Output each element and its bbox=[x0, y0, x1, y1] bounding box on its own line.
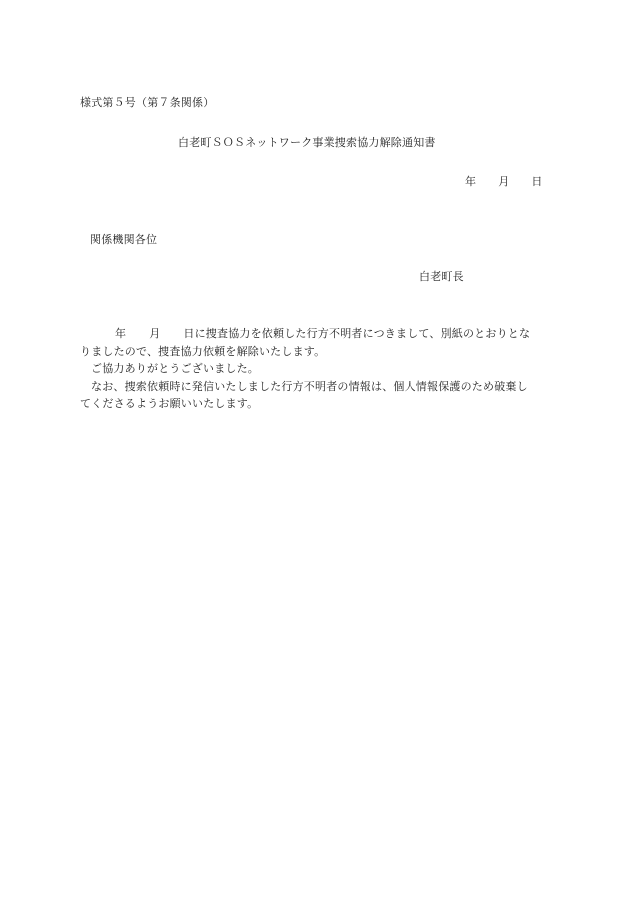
form-number: 様式第５号（第７条関係） bbox=[80, 96, 214, 110]
sender: 白老町長 bbox=[419, 270, 464, 284]
body-paragraph-3-line-2: てくださるようお願いいたします。 bbox=[80, 395, 550, 413]
year-label: 年 bbox=[465, 175, 476, 189]
body-paragraph-1-line-1: 年月日に捜査協力を依頼した行方不明者につきまして、別紙のとおりとな bbox=[80, 325, 550, 343]
body-paragraph-2: ご協力ありがとうございました。 bbox=[80, 360, 550, 378]
document-title: 白老町ＳＯＳネットワーク事業捜索協力解除通知書 bbox=[178, 136, 436, 150]
addressee: 関係機関各位 bbox=[90, 233, 157, 247]
day-label: 日 bbox=[531, 175, 542, 189]
body-paragraph-3-line-1: なお、捜索依頼時に発信いたしました行方不明者の情報は、個人情報保護のため破棄し bbox=[80, 378, 550, 396]
body-month-label: 月 bbox=[149, 327, 160, 340]
body-paragraph-1-line-2: りましたので、捜査協力依頼を解除いたします。 bbox=[80, 343, 550, 361]
issue-date: 年月日 bbox=[465, 175, 543, 189]
body-day-label: 日 bbox=[183, 327, 194, 340]
document-page: 様式第５号（第７条関係） 白老町ＳＯＳネットワーク事業捜索協力解除通知書 年月日… bbox=[0, 0, 630, 903]
body-year-label: 年 bbox=[115, 327, 126, 340]
body-text: 年月日に捜査協力を依頼した行方不明者につきまして、別紙のとおりとな りましたので… bbox=[80, 325, 550, 413]
month-label: 月 bbox=[498, 175, 509, 189]
body-p1-text: に捜査協力を依頼した行方不明者につきまして、別紙のとおりとな bbox=[195, 327, 531, 340]
